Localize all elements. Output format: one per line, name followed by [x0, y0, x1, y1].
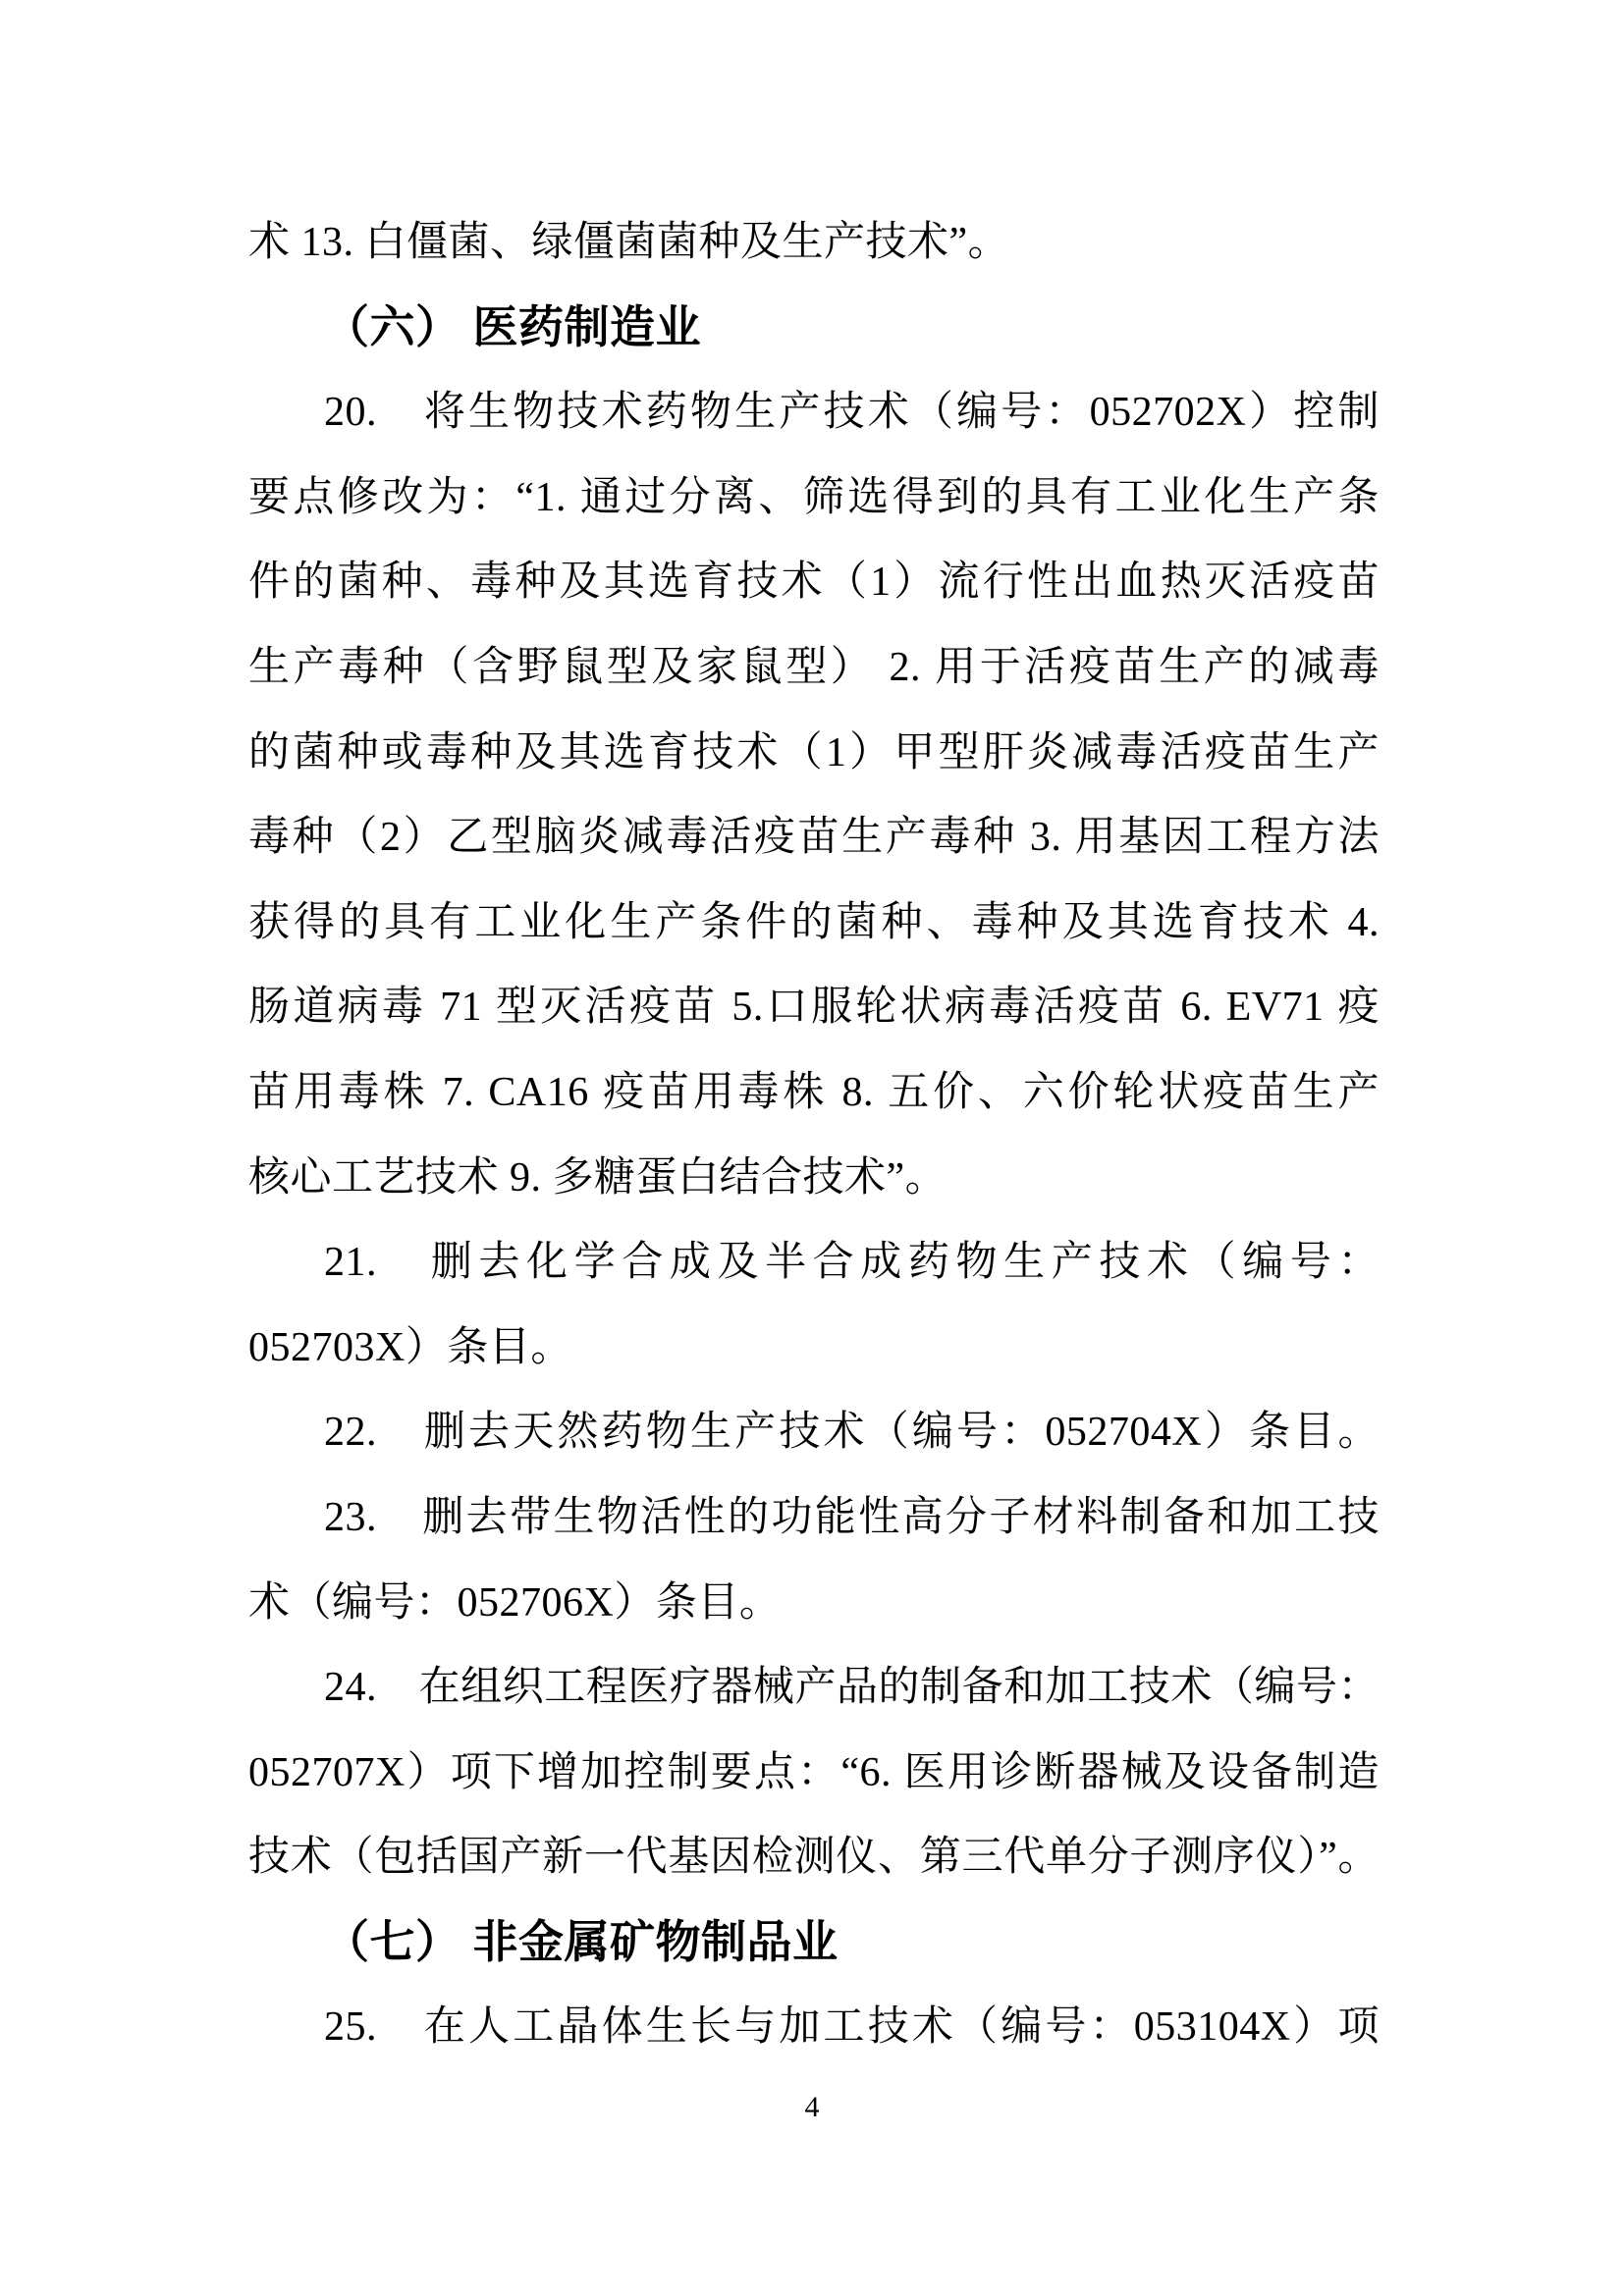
- document-line: 生产毒种（含野鼠型及家鼠型） 2. 用于活疫苗生产的减毒: [248, 625, 1380, 711]
- document-line: 术 13. 白僵菌、绿僵菌菌种及生产技术”。: [248, 200, 1380, 286]
- page-number: 4: [0, 2086, 1624, 2129]
- document-line: 苗用毒株 7. CA16 疫苗用毒株 8. 五价、六价轮状疫苗生产: [248, 1050, 1380, 1136]
- section-heading-7: （七） 非金属矿物制品业: [248, 1900, 1380, 1986]
- document-line: 20. 将生物技术药物生产技术（编号：052702X）控制: [248, 370, 1380, 455]
- document-line: 技术（包括国产新一代基因检测仪、第三代单分子测序仪）”。: [248, 1815, 1380, 1900]
- document-line: 要点修改为：“1. 通过分离、筛选得到的具有工业化生产条: [248, 455, 1380, 541]
- document-line: 21. 删去化学合成及半合成药物生产技术（编号：: [248, 1220, 1380, 1306]
- document-line: 22. 删去天然药物生产技术（编号：052704X）条目。: [248, 1390, 1380, 1475]
- document-line: 件的菌种、毒种及其选育技术（1）流行性出血热灭活疫苗: [248, 540, 1380, 625]
- document-body: 术 13. 白僵菌、绿僵菌菌种及生产技术”。 （六） 医药制造业 20. 将生物…: [248, 200, 1380, 2070]
- document-line: 获得的具有工业化生产条件的菌种、毒种及其选育技术 4.: [248, 881, 1380, 966]
- document-line: 肠道病毒 71 型灭活疫苗 5.口服轮状病毒活疫苗 6. EV71 疫: [248, 965, 1380, 1050]
- document-line: 052707X）项下增加控制要点：“6. 医用诊断器械及设备制造: [248, 1731, 1380, 1816]
- document-line: 24. 在组织工程医疗器械产品的制备和加工技术（编号：: [248, 1645, 1380, 1731]
- section-heading-6: （六） 医药制造业: [248, 286, 1380, 371]
- document-line: 25. 在人工晶体生长与加工技术（编号：053104X）项: [248, 1985, 1380, 2070]
- document-line: 术（编号：052706X）条目。: [248, 1561, 1380, 1646]
- document-line: 23. 删去带生物活性的功能性高分子材料制备和加工技: [248, 1475, 1380, 1561]
- document-line: 毒种（2）乙型脑炎减毒活疫苗生产毒种 3. 用基因工程方法: [248, 795, 1380, 881]
- document-line: 的菌种或毒种及其选育技术（1）甲型肝炎减毒活疫苗生产: [248, 711, 1380, 796]
- document-line: 052703X）条目。: [248, 1306, 1380, 1391]
- document-page: 术 13. 白僵菌、绿僵菌菌种及生产技术”。 （六） 医药制造业 20. 将生物…: [0, 0, 1624, 2296]
- document-line: 核心工艺技术 9. 多糖蛋白结合技术”。: [248, 1136, 1380, 1221]
